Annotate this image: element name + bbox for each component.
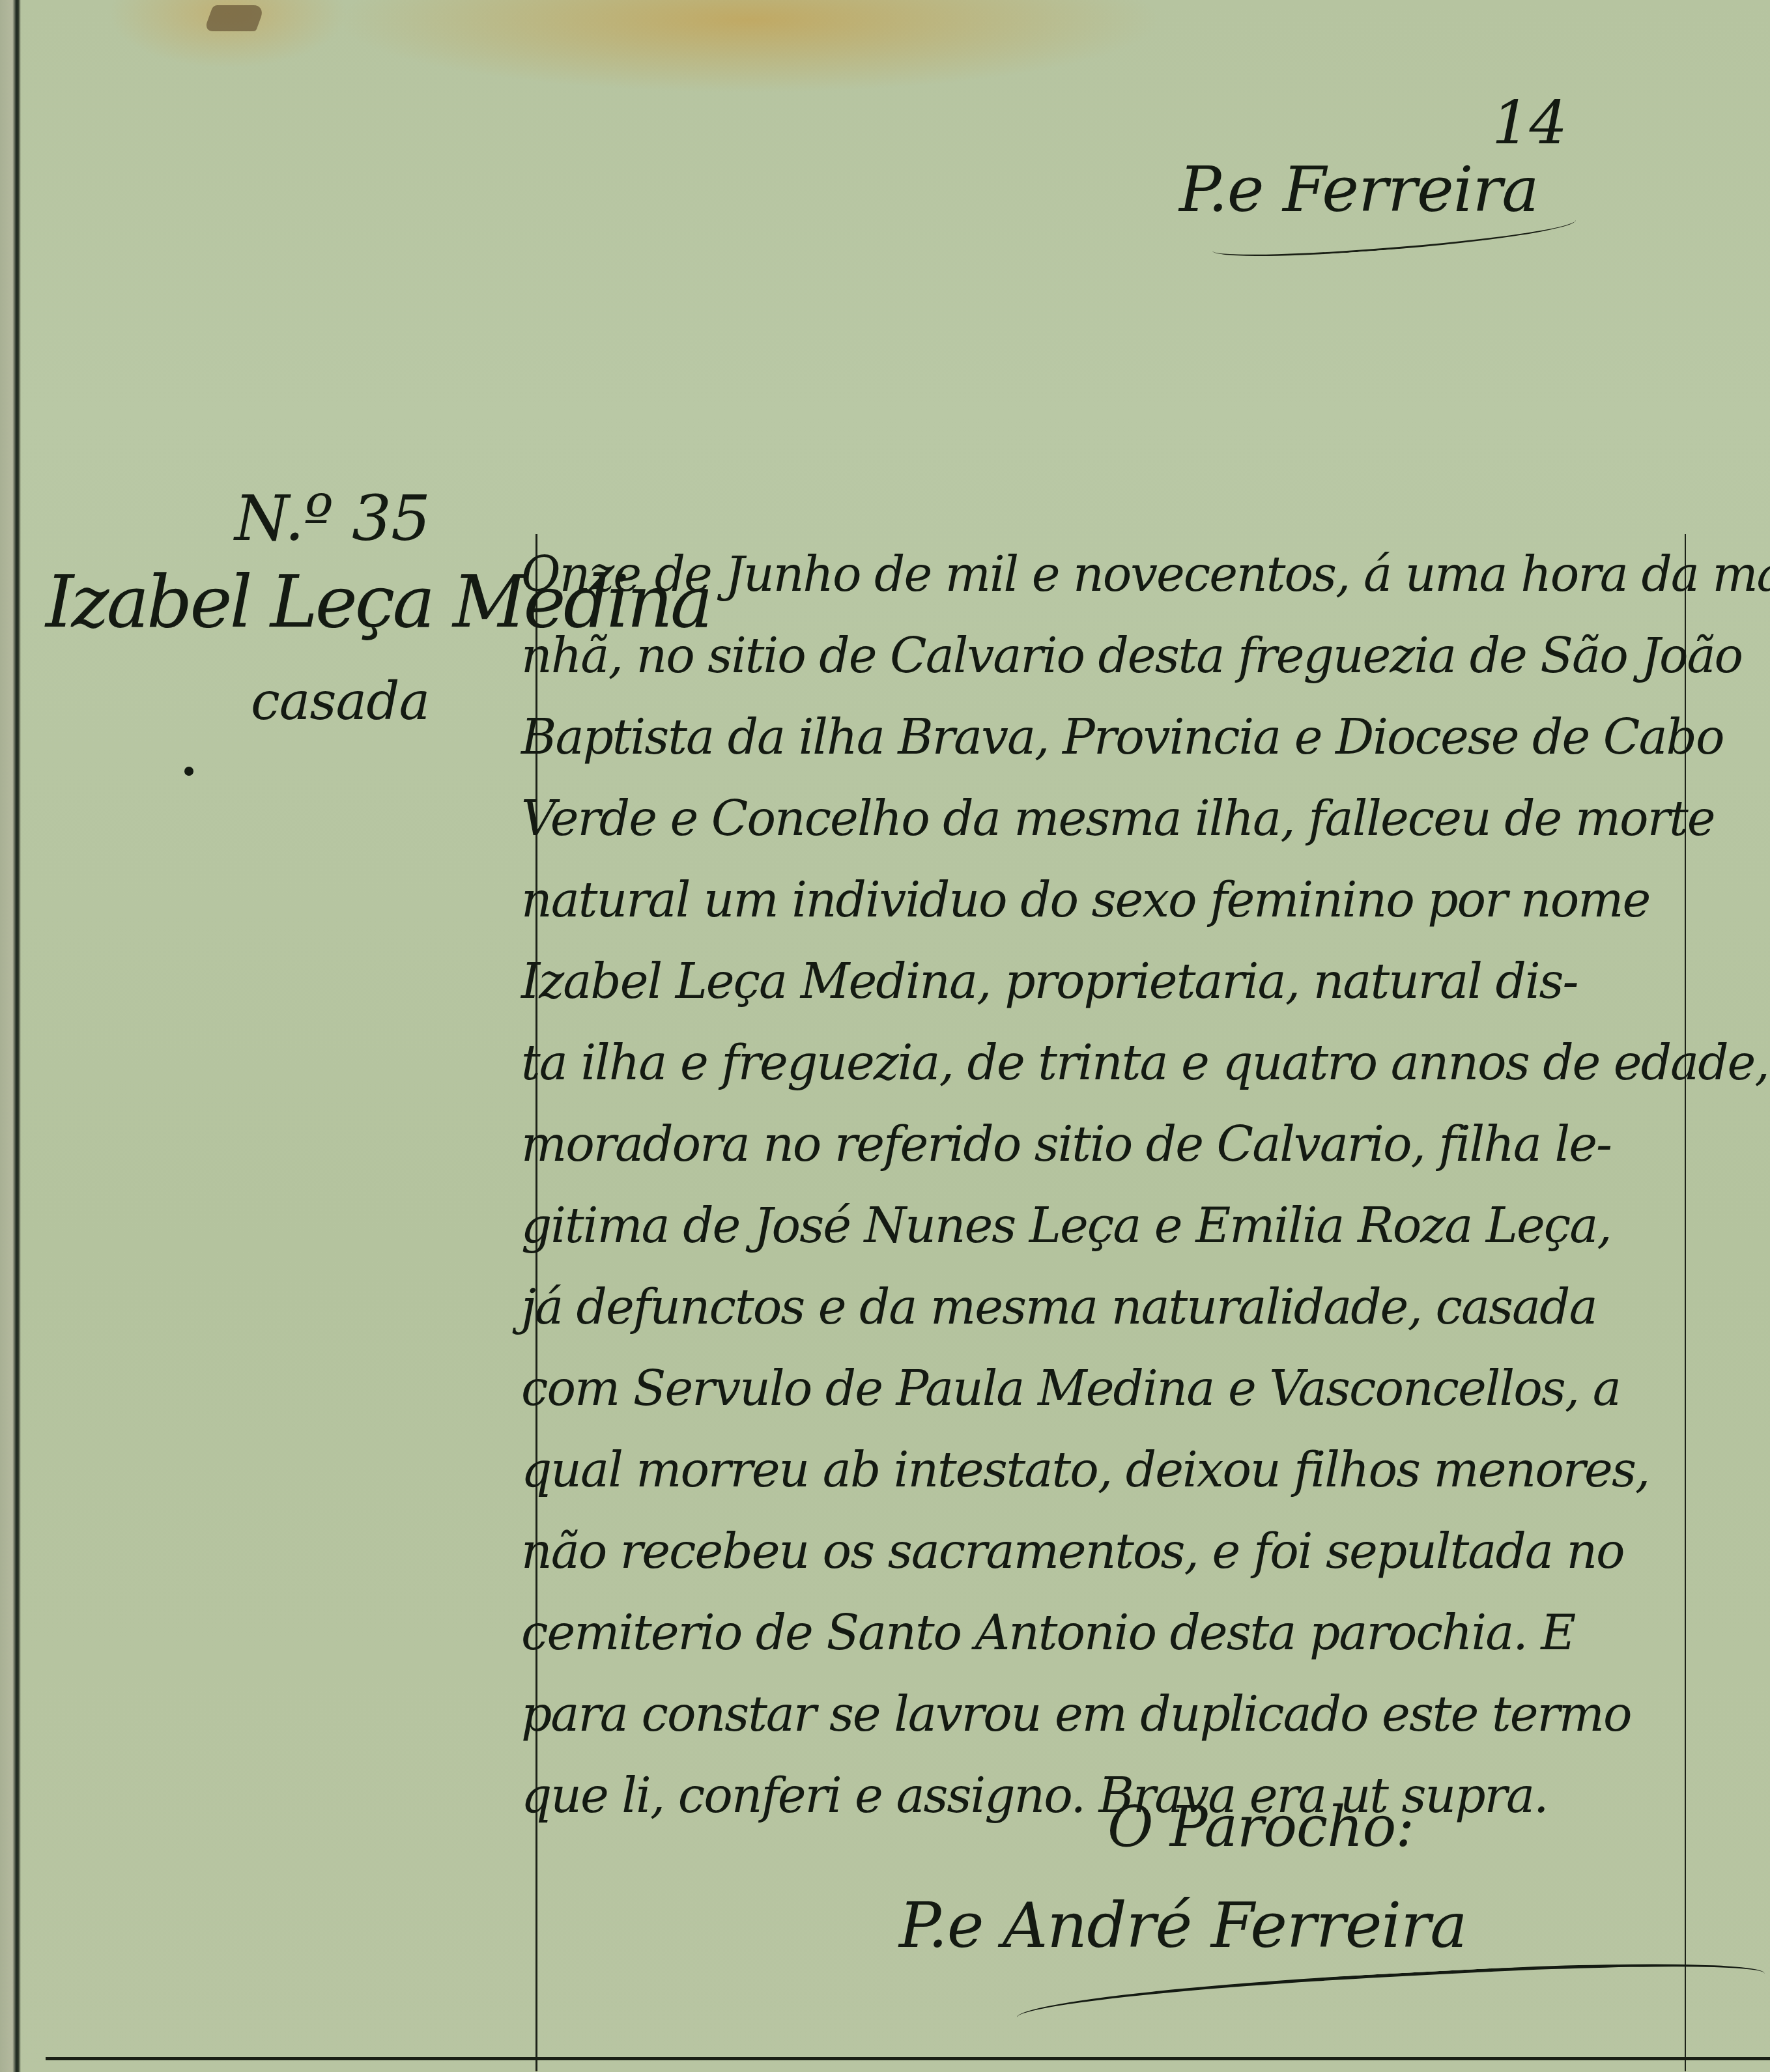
signature-flourish	[1016, 1954, 1766, 2042]
record-line: não recebeu os sacramentos, e foi sepult…	[521, 1511, 1720, 1593]
paper-damage-mark	[204, 5, 266, 31]
entry-number: N.º 35	[235, 482, 430, 555]
signatory-title: O Parocho:	[1107, 1795, 1414, 1860]
record-line: cemiterio de Santo Antonio desta parochi…	[521, 1593, 1720, 1674]
record-line: gitima de José Nunes Leça e Emilia Roza …	[521, 1185, 1720, 1267]
record-line: Verde e Concelho da mesma ilha, falleceu…	[521, 778, 1720, 860]
record-body: Onze de Junho de mil e novecentos, á uma…	[521, 534, 1720, 1837]
entry-bottom-rule	[46, 2057, 1770, 2060]
page-number: 14	[1492, 88, 1567, 158]
record-line: natural um individuo do sexo feminino po…	[521, 860, 1720, 941]
record-line: já defunctos e da mesma naturalidade, ca…	[521, 1267, 1720, 1348]
record-line: nhã, no sitio de Calvario desta freguezi…	[521, 616, 1720, 697]
book-binding-edge	[0, 0, 21, 2072]
record-line: qual morreu ab intestato, deixou filhos …	[521, 1430, 1720, 1511]
record-line: com Servulo de Paula Medina e Vasconcell…	[521, 1348, 1720, 1430]
priest-signature: P.e André Ferreira	[899, 1889, 1466, 1962]
record-line: ta ilha e freguezia, de trinta e quatro …	[521, 1023, 1720, 1104]
record-line: para constar se lavrou em duplicado este…	[521, 1674, 1720, 1755]
document-page: 14 P.e Ferreira N.º 35 Izabel Leça Medin…	[0, 0, 1770, 2072]
margin-marital-status: casada	[251, 671, 429, 731]
record-line: Izabel Leça Medina, proprietaria, natura…	[521, 941, 1720, 1023]
record-line: Baptista da ilha Brava, Provincia e Dioc…	[521, 697, 1720, 778]
record-line: Onze de Junho de mil e novecentos, á uma…	[521, 534, 1720, 616]
record-line: moradora no referido sitio de Calvario, …	[521, 1104, 1720, 1185]
margin-dot	[184, 767, 193, 776]
